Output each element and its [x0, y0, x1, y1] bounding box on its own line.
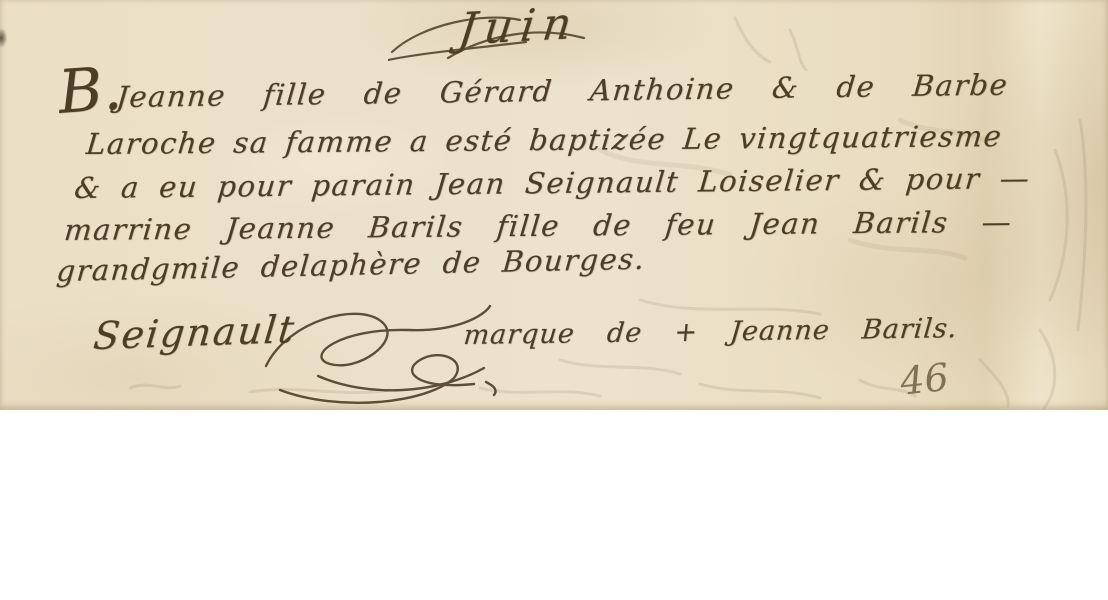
record-line-3: & a eu pour parain Jean Seignault Loisel…	[73, 161, 1032, 205]
record-line-2: Laroche sa famme a esté baptizée Le ving…	[85, 119, 1004, 161]
priest-signature: Seignault	[91, 307, 298, 358]
manuscript-scan: Juin B. Jeanne fille de Gérard Anthoine …	[0, 0, 1108, 600]
folio-number: 46	[898, 355, 951, 404]
parchment-page: Juin B. Jeanne fille de Gérard Anthoine …	[0, 0, 1108, 410]
margin-initial: B.	[56, 54, 124, 128]
background-whitespace	[0, 410, 1108, 600]
record-line-4: marrine Jeanne Barils fille de feu Jean …	[63, 205, 1014, 247]
record-line-1: Jeanne fille de Gérard Anthoine & de Bar…	[115, 68, 1010, 115]
witness-mark-caption: marque de + Jeanne Barils.	[462, 313, 959, 351]
record-line-5: grandgmile delaphère de Bourges.	[55, 242, 647, 288]
month-heading: Juin	[456, 0, 583, 55]
